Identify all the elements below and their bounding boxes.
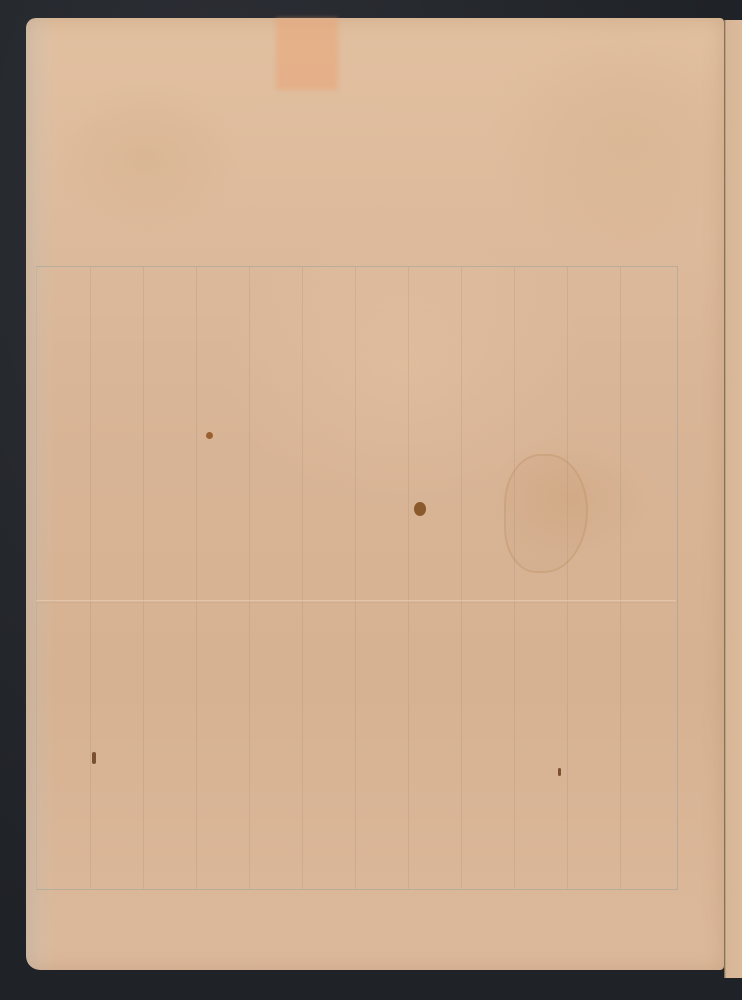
adjacent-page-edge bbox=[724, 20, 742, 978]
ruling-line bbox=[620, 267, 621, 889]
manuscript-page bbox=[26, 18, 724, 970]
ruling-line bbox=[302, 267, 303, 889]
faded-seal-stain bbox=[276, 18, 338, 90]
ruling-line bbox=[567, 267, 568, 889]
fold-crease bbox=[36, 600, 676, 603]
ruled-frame bbox=[36, 266, 678, 890]
ink-spot bbox=[206, 432, 213, 439]
ruling-line bbox=[143, 267, 144, 889]
ink-spot bbox=[558, 768, 561, 776]
ruling-line bbox=[249, 267, 250, 889]
ruling-line bbox=[514, 267, 515, 889]
ink-spot bbox=[414, 502, 426, 516]
ink-spot bbox=[92, 752, 96, 764]
ruling-line bbox=[355, 267, 356, 889]
ruling-line bbox=[90, 267, 91, 889]
ruling-line bbox=[408, 267, 409, 889]
ruling-line bbox=[196, 267, 197, 889]
ruling-line bbox=[461, 267, 462, 889]
